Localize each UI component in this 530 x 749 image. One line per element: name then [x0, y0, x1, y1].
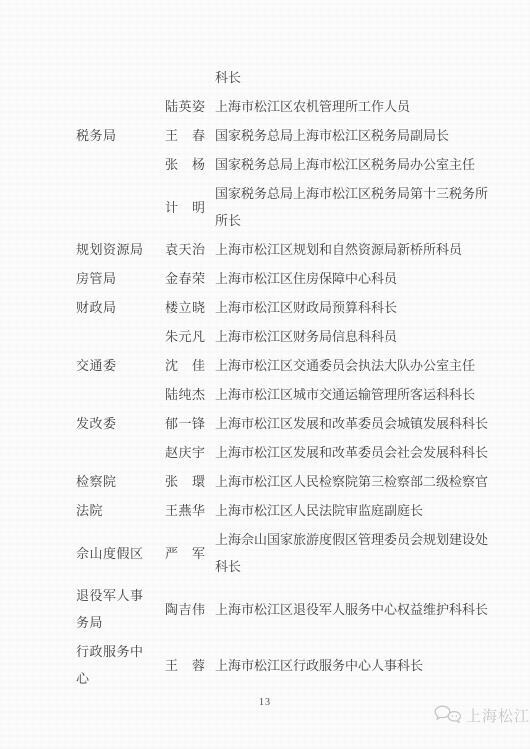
position-title-cell: 上海市松江区人民法院审监庭副庭长	[215, 497, 495, 524]
person-name-cell: 陆英姿	[165, 93, 215, 120]
person-name-cell: 王 春	[165, 122, 215, 149]
table-row: 交通委 沈 佳 上海市松江区交通委员会执法大队办公室主任	[76, 352, 530, 379]
position-title-cell: 上海市松江区交通委员会执法大队办公室主任	[215, 352, 495, 379]
person-name-cell: 朱元凡	[165, 323, 215, 350]
person-name-cell: 严 军	[165, 540, 215, 567]
person-name-cell: 袁天治	[165, 236, 215, 263]
department-cell: 退役军人事务局	[76, 582, 165, 636]
table-row: 陆纯杰 上海市松江区城市交通运输管理所客运科科长	[76, 381, 530, 408]
department-cell: 佘山度假区	[76, 540, 165, 567]
position-title-cell: 上海市松江区财务局信息科科员	[215, 323, 495, 350]
appointment-table: 科长 陆英姿 上海市松江区农机管理所工作人员 税务局 王 春 国家税务总局上海市…	[76, 64, 530, 692]
department-cell: 规划资源局	[76, 236, 165, 263]
position-title-cell: 科长	[215, 64, 495, 91]
department-cell: 法院	[76, 497, 165, 524]
table-row: 退役军人事务局 陶吉伟 上海市松江区退役军人服务中心权益维护科科长	[76, 582, 530, 636]
table-row: 佘山度假区 严 军 上海佘山国家旅游度假区管理委员会规划建设处科长	[76, 526, 530, 580]
department-cell: 税务局	[76, 122, 165, 149]
table-row: 朱元凡 上海市松江区财务局信息科科员	[76, 323, 530, 350]
person-name-cell: 王 蓉	[165, 652, 215, 679]
person-name-cell: 陶吉伟	[165, 596, 215, 623]
person-name-cell: 计 明	[165, 194, 215, 221]
position-title-cell: 上海市松江区财政局预算科科长	[215, 294, 495, 321]
position-title-cell: 国家税务总局上海市松江区税务局办公室主任	[215, 151, 495, 178]
table-row: 发改委 郁一锋 上海市松江区发展和改革委员会城镇发展科科长	[76, 410, 530, 437]
position-title-cell: 上海市松江区城市交通运输管理所客运科科长	[215, 381, 495, 408]
position-title-cell: 上海市松江区退役军人服务中心权益维护科科长	[215, 596, 495, 623]
watermark-label: 上海松江	[466, 705, 530, 726]
table-row: 科长	[76, 64, 530, 91]
table-row: 税务局 王 春 国家税务总局上海市松江区税务局副局长	[76, 122, 530, 149]
position-title-cell: 国家税务总局上海市松江区税务局副局长	[215, 122, 495, 149]
position-title-cell: 上海市松江区规划和自然资源局新桥所科员	[215, 236, 495, 263]
position-title-cell: 上海市松江区行政服务中心人事科长	[215, 652, 495, 679]
department-cell: 财政局	[76, 294, 165, 321]
table-row: 检察院 张 環 上海市松江区人民检察院第三检察部二级检察官	[76, 468, 530, 495]
watermark: 上海松江	[433, 704, 530, 726]
person-name-cell: 王燕华	[165, 497, 215, 524]
table-row: 财政局 楼立晓 上海市松江区财政局预算科科长	[76, 294, 530, 321]
person-name-cell: 赵庆宇	[165, 439, 215, 466]
table-row: 房管局 金春荣 上海市松江区住房保障中心科员	[76, 265, 530, 292]
person-name-cell: 楼立晓	[165, 294, 215, 321]
person-name-cell: 陆纯杰	[165, 381, 215, 408]
person-name-cell: 金春荣	[165, 265, 215, 292]
position-title-cell: 上海市松江区农机管理所工作人员	[215, 93, 495, 120]
position-title-cell: 国家税务总局上海市松江区税务局第十三税务所所长	[215, 180, 495, 234]
table-row: 法院 王燕华 上海市松江区人民法院审监庭副庭长	[76, 497, 530, 524]
table-row: 规划资源局 袁天治 上海市松江区规划和自然资源局新桥所科员	[76, 236, 530, 263]
person-name-cell: 张 環	[165, 468, 215, 495]
table-row: 张 杨 国家税务总局上海市松江区税务局办公室主任	[76, 151, 530, 178]
position-title-cell: 上海市松江区住房保障中心科员	[215, 265, 495, 292]
department-cell: 交通委	[76, 352, 165, 379]
table-row: 陆英姿 上海市松江区农机管理所工作人员	[76, 93, 530, 120]
department-cell: 房管局	[76, 265, 165, 292]
position-title-cell: 上海市松江区发展和改革委员会城镇发展科科长	[215, 410, 495, 437]
department-cell: 发改委	[76, 410, 165, 437]
position-title-cell: 上海市松江区发展和改革委员会社会发展科科长	[215, 439, 495, 466]
person-name-cell: 沈 佳	[165, 352, 215, 379]
table-row: 行政服务中心 王 蓉 上海市松江区行政服务中心人事科长	[76, 638, 530, 692]
department-cell: 行政服务中心	[76, 638, 165, 692]
table-row: 计 明 国家税务总局上海市松江区税务局第十三税务所所长	[76, 180, 530, 234]
person-name-cell: 郁一锋	[165, 410, 215, 437]
chat-bubbles-logo-icon	[433, 704, 463, 726]
position-title-cell: 上海市松江区人民检察院第三检察部二级检察官	[215, 468, 495, 495]
document-page: 科长 陆英姿 上海市松江区农机管理所工作人员 税务局 王 春 国家税务总局上海市…	[0, 0, 530, 749]
position-title-cell: 上海佘山国家旅游度假区管理委员会规划建设处科长	[215, 526, 495, 580]
department-cell: 检察院	[76, 468, 165, 495]
table-row: 赵庆宇 上海市松江区发展和改革委员会社会发展科科长	[76, 439, 530, 466]
person-name-cell: 张 杨	[165, 151, 215, 178]
